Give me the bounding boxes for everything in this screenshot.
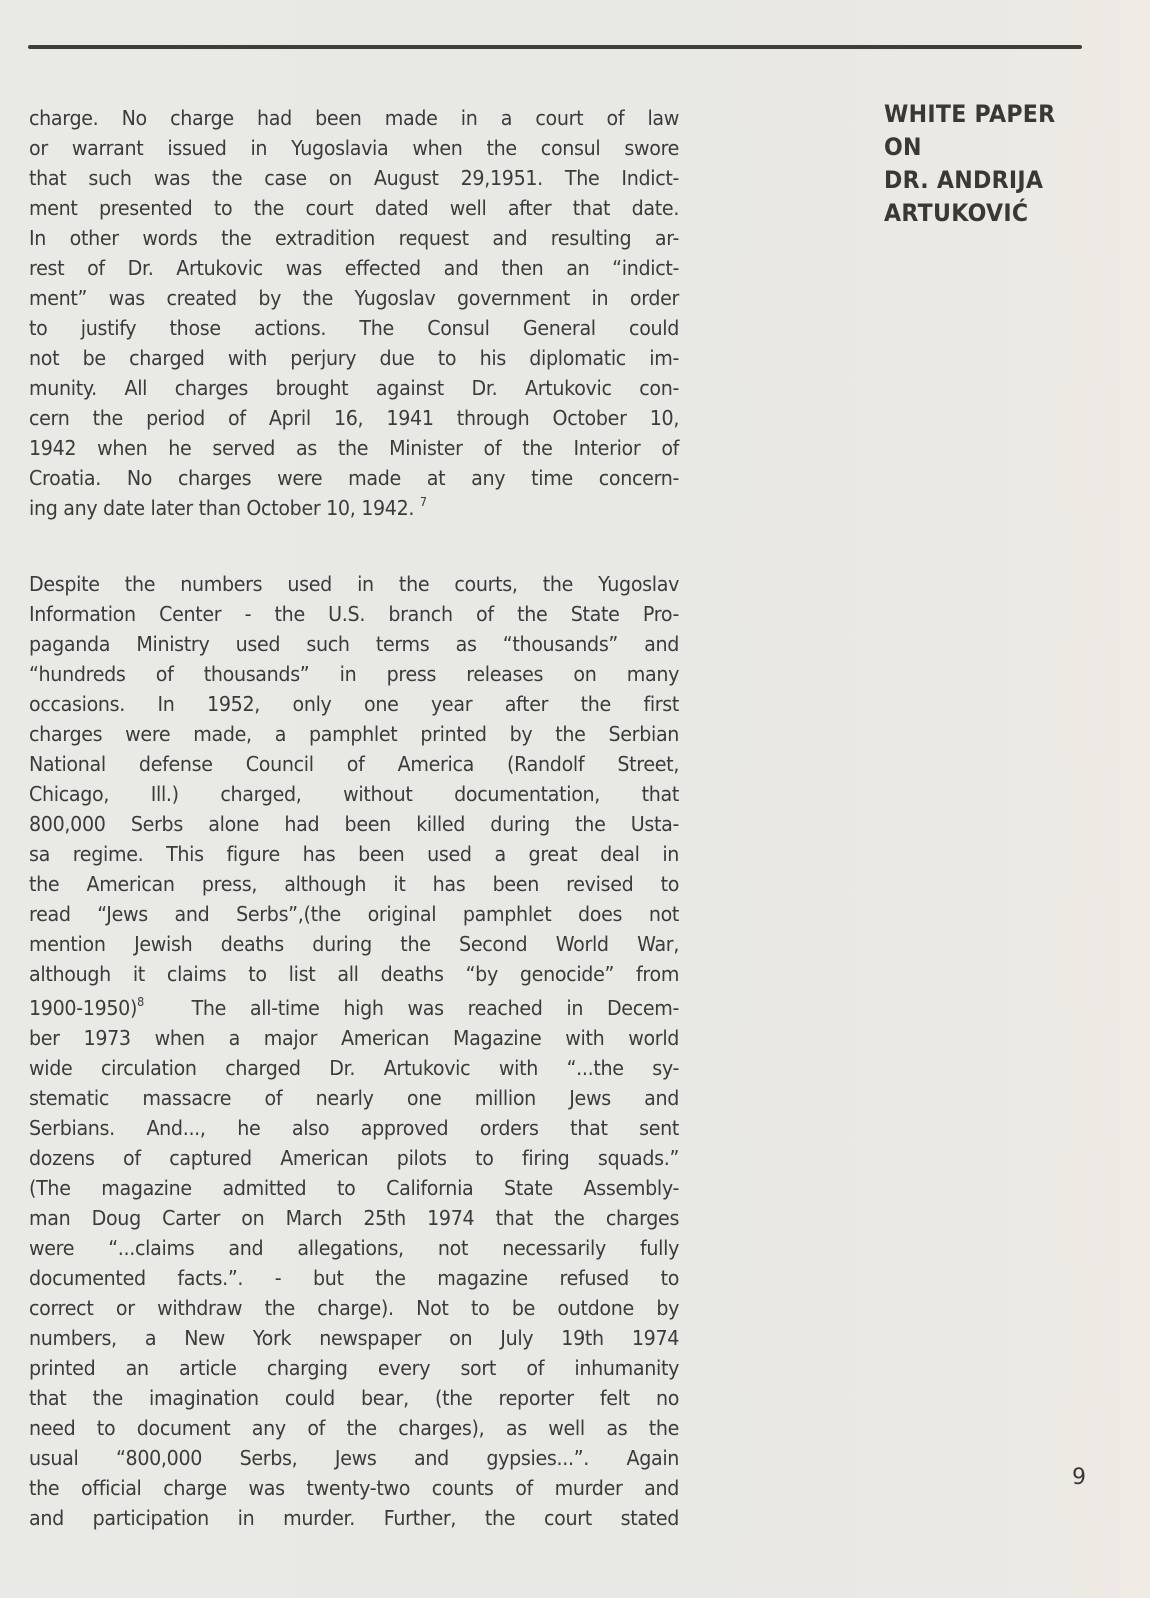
text-line: need to document any of the charges), as…: [29, 1413, 679, 1443]
title-line: DR. ANDRIJA: [884, 164, 1055, 197]
text-line: the American press, although it has been…: [29, 869, 679, 899]
text-line: ment presented to the court dated well a…: [29, 193, 679, 223]
text-line: ment” was created by the Yugoslav govern…: [29, 283, 679, 313]
text-line: usual “800,000 Serbs, Jews and gypsies..…: [29, 1443, 679, 1473]
text-line: charges were made, a pamphlet printed by…: [29, 719, 679, 749]
footnote-marker: 8: [137, 995, 144, 1009]
paragraph-spacer: [29, 523, 634, 569]
title-line: ARTUKOVIĆ: [884, 197, 1055, 230]
text-line: stematic massacre of nearly one million …: [29, 1083, 679, 1113]
text-line: “hundreds of thousands” in press release…: [29, 659, 679, 689]
top-horizontal-rule: [28, 45, 1082, 49]
text-line: that such was the case on August 29,1951…: [29, 163, 679, 193]
text-line: occasions. In 1952, only one year after …: [29, 689, 679, 719]
footnote-marker: 7: [420, 495, 427, 509]
text-line: read “Jews and Serbs”,(the original pamp…: [29, 899, 679, 929]
text-line: ing any date later than October 10, 1942…: [29, 493, 679, 523]
title-line: ON: [884, 131, 1055, 164]
text-line: munity. All charges brought against Dr. …: [29, 373, 679, 403]
text-line: to justify those actions. The Consul Gen…: [29, 313, 679, 343]
paragraph-2: Despite the numbers used in the courts, …: [29, 569, 634, 1533]
text-line: were “...claims and allegations, not nec…: [29, 1233, 679, 1263]
text-line: 1942 when he served as the Minister of t…: [29, 433, 679, 463]
title-line: WHITE PAPER: [884, 98, 1055, 131]
text-line: numbers, a New York newspaper on July 19…: [29, 1323, 679, 1353]
text-line: rest of Dr. Artukovic was effected and t…: [29, 253, 679, 283]
text-line: Croatia. No charges were made at any tim…: [29, 463, 679, 493]
text-line: Information Center - the U.S. branch of …: [29, 599, 679, 629]
text-line: documented facts.”. - but the magazine r…: [29, 1263, 679, 1293]
text-line: man Doug Carter on March 25th 1974 that …: [29, 1203, 679, 1233]
text-line: Despite the numbers used in the courts, …: [29, 569, 679, 599]
text-line: National defense Council of America (Ran…: [29, 749, 679, 779]
text-line: paganda Ministry used such terms as “tho…: [29, 629, 679, 659]
text-line: mention Jewish deaths during the Second …: [29, 929, 679, 959]
text-line: sa regime. This figure has been used a g…: [29, 839, 679, 869]
text-line: printed an article charging every sort o…: [29, 1353, 679, 1383]
text-line: In other words the extradition request a…: [29, 223, 679, 253]
text-line: correct or withdraw the charge). Not to …: [29, 1293, 679, 1323]
text-line: Chicago, Ill.) charged, without document…: [29, 779, 679, 809]
text-segment: The all-time high was reached in Decem-: [144, 996, 679, 1020]
body-text: charge. No charge had been made in a cou…: [29, 103, 634, 1533]
text-line: although it claims to list all deaths “b…: [29, 959, 679, 989]
paragraph-1: charge. No charge had been made in a cou…: [29, 103, 634, 523]
text-line: 1900-1950)8 The all-time high was reache…: [29, 993, 679, 1023]
text-line: ber 1973 when a major American Magazine …: [29, 1023, 679, 1053]
text-line: cern the period of April 16, 1941 throug…: [29, 403, 679, 433]
text-line: not be charged with perjury due to his d…: [29, 343, 679, 373]
page-number: 9: [1072, 1465, 1086, 1490]
document-page: WHITE PAPER ON DR. ANDRIJA ARTUKOVIĆ cha…: [0, 0, 1150, 1598]
text-line: charge. No charge had been made in a cou…: [29, 103, 679, 133]
text-line: the official charge was twenty-two count…: [29, 1473, 679, 1503]
text-line: (The magazine admitted to California Sta…: [29, 1173, 679, 1203]
text-line: that the imagination could bear, (the re…: [29, 1383, 679, 1413]
text-line: Serbians. And..., he also approved order…: [29, 1113, 679, 1143]
text-line: dozens of captured American pilots to fi…: [29, 1143, 679, 1173]
text-line: and participation in murder. Further, th…: [29, 1503, 679, 1533]
text-line: wide circulation charged Dr. Artukovic w…: [29, 1053, 679, 1083]
text-segment: ing any date later than October 10, 1942…: [29, 496, 414, 520]
text-line: or warrant issued in Yugoslavia when the…: [29, 133, 679, 163]
document-title: WHITE PAPER ON DR. ANDRIJA ARTUKOVIĆ: [884, 98, 1055, 230]
text-line: 800,000 Serbs alone had been killed duri…: [29, 809, 679, 839]
text-segment: 1900-1950): [29, 996, 137, 1020]
